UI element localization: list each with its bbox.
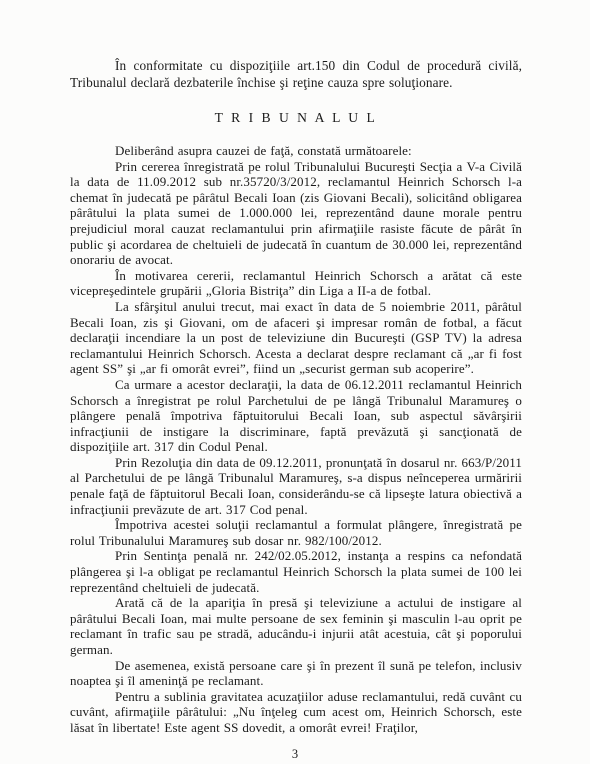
section-heading-tribunalul: T R I B U N A L U L	[70, 110, 522, 126]
body-paragraph-1: Deliberând asupra cauzei de faţă, consta…	[70, 143, 522, 159]
body-paragraph-4: La sfârşitul anului trecut, mai exact în…	[70, 299, 522, 377]
body-paragraph-10: De asemenea, există persoane care şi în …	[70, 658, 522, 689]
body-paragraph-3: În motivarea cererii, reclamantul Heinri…	[70, 268, 522, 299]
document-page: În conformitate cu dispoziţiile art.150 …	[0, 0, 590, 764]
body-paragraph-7: Împotriva acestei soluţii reclamantul a …	[70, 517, 522, 548]
body-paragraph-9: Arată că de la apariţia în presă şi tele…	[70, 595, 522, 657]
page-number: 3	[0, 747, 590, 762]
document-body: În conformitate cu dispoziţiile art.150 …	[70, 57, 522, 736]
intro-paragraph: În conformitate cu dispoziţiile art.150 …	[70, 57, 522, 91]
body-paragraph-5: Ca urmare a acestor declaraţii, la data …	[70, 377, 522, 455]
body-paragraph-11: Pentru a sublinia gravitatea acuzaţiilor…	[70, 689, 522, 736]
body-paragraph-8: Prin Sentinţa penală nr. 242/02.05.2012,…	[70, 548, 522, 595]
body-paragraph-2: Prin cererea înregistrată pe rolul Tribu…	[70, 159, 522, 268]
body-paragraph-6: Prin Rezoluţia din data de 09.12.2011, p…	[70, 455, 522, 517]
